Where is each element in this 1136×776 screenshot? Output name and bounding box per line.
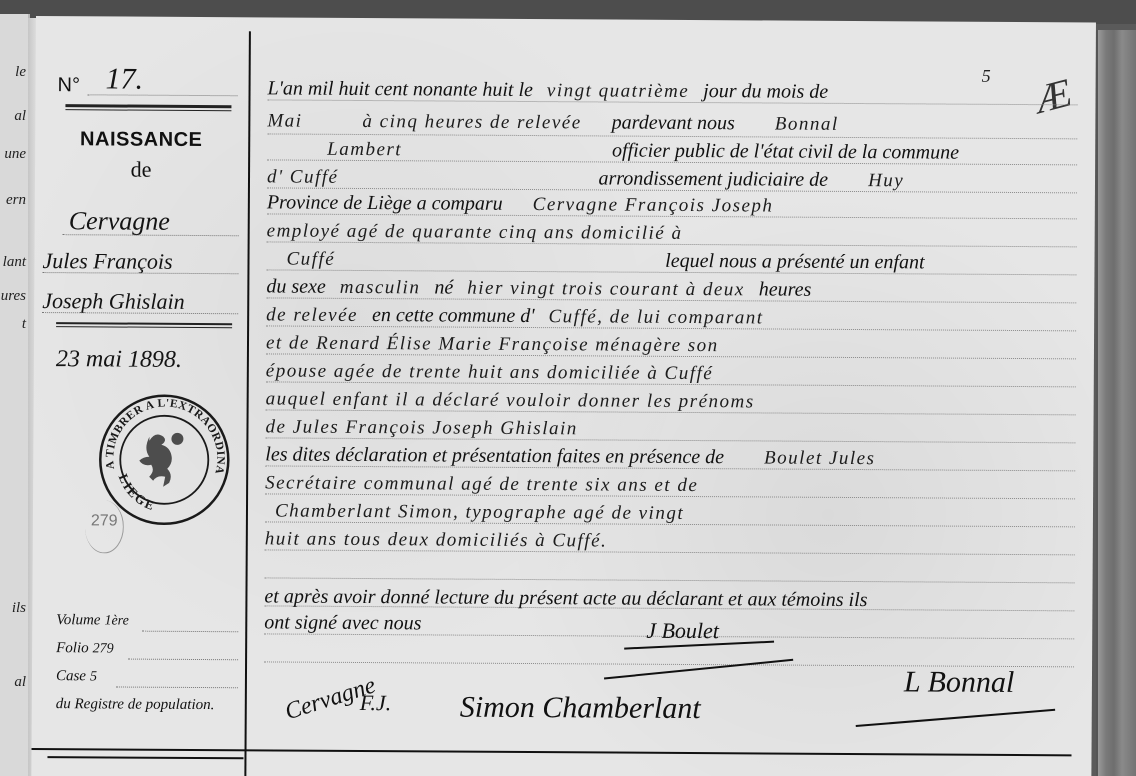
printed-text: les dites déclaration et présentation fa…	[265, 443, 724, 468]
register-volume: Volume1ère	[56, 612, 129, 629]
handwritten-entry: Cuffé	[286, 249, 335, 270]
act-line-12: auquel enfant il a déclaré vouloir donne…	[266, 385, 755, 413]
lion-icon	[139, 433, 183, 487]
act-line-14: les dites déclaration et présentation fa…	[265, 441, 875, 470]
signature-witness-boulet: J Boulet	[646, 618, 719, 644]
ruling	[265, 577, 1075, 583]
page-number: 5	[982, 66, 991, 87]
act-line-1: L'an mil huit cent nonante huit levingt …	[267, 75, 828, 103]
printed-text: jour du mois de	[703, 80, 828, 103]
printed-text: lequel nous a présenté un enfant	[665, 250, 925, 274]
handwritten-entry: Cervagne François Joseph	[533, 194, 774, 216]
printed-text: né	[434, 276, 453, 298]
handwritten-entry: Mai	[267, 110, 302, 131]
printed-text: du sexe	[266, 275, 326, 297]
handwritten-entry: d' Cuffé	[267, 166, 339, 187]
signature-flourish	[856, 709, 1056, 727]
pencil-folio-note: 279	[91, 512, 118, 530]
handwritten-entry: auquel enfant il a déclaré vouloir donne…	[266, 388, 755, 412]
printed-text: ont signé avec nous	[264, 611, 421, 634]
register-page: N° 17. NAISSANCE de Cervagne Jules Franç…	[31, 16, 1096, 776]
case-value: 5	[90, 669, 97, 684]
fragment: le	[15, 64, 26, 81]
printed-text: L'an mil huit cent nonante huit le	[267, 77, 533, 101]
printed-text: et après avoir donné lecture du présent …	[264, 585, 867, 611]
act-line-10: et de Renard Élise Marie Françoise ménag…	[266, 329, 719, 357]
printed-text: pardevant nous	[612, 112, 735, 135]
printed-text: officier public de l'état civil de la co…	[612, 140, 959, 164]
book-binding-edge	[1096, 30, 1136, 776]
number-value: 17.	[106, 62, 144, 96]
registration-date: 23 mai 1898.	[56, 346, 182, 374]
margin-column: N° 17. NAISSANCE de Cervagne Jules Franç…	[32, 16, 248, 747]
act-line-3: Lambertofficier public de l'état civil d…	[267, 135, 959, 164]
fragment: al	[14, 108, 26, 125]
printed-text: Province de Liège a comparu	[267, 191, 503, 214]
previous-page-edge: le al une ern lant ures t ils al	[0, 14, 30, 776]
signature-officer-bonnal: L Bonnal	[904, 665, 1015, 700]
act-line-8: du sexemasculinnéhier vingt trois couran…	[266, 273, 811, 301]
act-line-6: employé agé de quarante cinq ans domicil…	[267, 217, 683, 245]
handwritten-entry: hier vingt trois courant à deux	[467, 278, 745, 301]
handwritten-entry: Chamberlant Simon, typographe agé de vin…	[275, 500, 684, 523]
corner-pencil-mark: Æ	[1030, 68, 1076, 122]
handwritten-entry: employé agé de quarante cinq ans domicil…	[267, 220, 683, 244]
signature-declarant-initials: F.J.	[360, 690, 392, 716]
act-line-13: de Jules François Joseph Ghislain	[265, 413, 577, 440]
dotted-line	[142, 631, 238, 633]
handwritten-entry: à cinq heures de relevée	[362, 111, 581, 133]
case-label: Case	[56, 668, 86, 684]
fragment: lant	[3, 254, 26, 271]
act-number: N° 17.	[58, 70, 238, 97]
number-label: N°	[58, 74, 81, 97]
handwritten-entry: et de Renard Élise Marie Françoise ménag…	[266, 332, 719, 356]
act-line-15: Secrétaire communal agé de trente six an…	[265, 469, 698, 497]
act-line-closing-2: ont signé avec nous	[264, 609, 421, 635]
folio-label: Folio	[56, 640, 89, 656]
folio-value: 279	[93, 641, 114, 656]
printed-text: heures	[759, 278, 812, 300]
heading-de: de	[35, 156, 247, 183]
double-rule	[56, 322, 232, 328]
act-type-heading: NAISSANCE	[35, 128, 247, 152]
handwritten-entry: huit ans tous deux domiciliés à Cuffé.	[265, 528, 608, 551]
handwritten-entry: Boulet Jules	[764, 447, 876, 469]
dotted-line	[116, 687, 238, 689]
child-given-names-2: Joseph Ghislain	[42, 288, 185, 315]
margin-bottom-rule	[47, 756, 243, 759]
handwritten-entry: Secrétaire communal agé de trente six an…	[265, 472, 698, 496]
handwritten-entry: Huy	[868, 170, 904, 191]
child-given-names-1: Jules François	[42, 248, 172, 275]
handwritten-entry: Lambert	[327, 139, 402, 160]
act-line-closing-1: et après avoir donné lecture du présent …	[264, 583, 867, 612]
handwritten-entry: épouse agée de trente huit ans domicilié…	[266, 360, 714, 384]
handwritten-entry: vingt quatrième	[547, 80, 689, 102]
fragment: t	[22, 316, 26, 333]
act-line-7: Cuffélequel nous a présenté un enfant	[266, 245, 924, 274]
act-line-11: épouse agée de trente huit ans domicilié…	[266, 357, 714, 385]
volume-label: Volume	[56, 612, 100, 628]
act-line-17: huit ans tous deux domiciliés à Cuffé.	[265, 525, 608, 552]
dotted-line	[128, 659, 238, 661]
handwritten-entry: de relevée	[266, 304, 358, 326]
handwritten-entry: Bonnal	[775, 114, 839, 135]
signature-witness-chamberlant: Simon Chamberlant	[460, 691, 701, 726]
fragment: ures	[1, 288, 26, 305]
printed-text: en cette commune d'	[372, 304, 535, 327]
fragment: ern	[6, 192, 26, 209]
volume-value: 1ère	[104, 613, 128, 628]
handwritten-entry: de Jules François Joseph Ghislain	[265, 416, 577, 439]
child-surname: Cervagne	[69, 206, 170, 237]
act-bottom-rule	[32, 748, 1072, 756]
fragment: une	[4, 146, 26, 163]
fragment: al	[14, 674, 26, 691]
act-line-16: Chamberlant Simon, typographe agé de vin…	[265, 497, 684, 525]
signature-flourish	[604, 659, 793, 680]
register-case: Case5	[56, 668, 97, 685]
act-line-2: Maià cinq heures de relevéepardevant nou…	[267, 107, 839, 135]
fragment: ils	[12, 600, 26, 617]
act-line-4: d' Cufféarrondissement judiciaire deHuy	[267, 163, 904, 192]
double-rule	[65, 104, 231, 111]
register-folio: Folio279	[56, 640, 114, 657]
act-line-9: de relevéeen cette commune d'Cuffé, de l…	[266, 301, 764, 329]
printed-text: arrondissement judiciaire de	[598, 167, 828, 190]
handwritten-entry: Cuffé, de lui comparant	[548, 306, 763, 328]
handwritten-entry: masculin	[340, 277, 421, 298]
register-population-label: du Registre de population.	[56, 696, 215, 714]
act-line-5: Province de Liège a comparuCervagne Fran…	[267, 189, 774, 217]
